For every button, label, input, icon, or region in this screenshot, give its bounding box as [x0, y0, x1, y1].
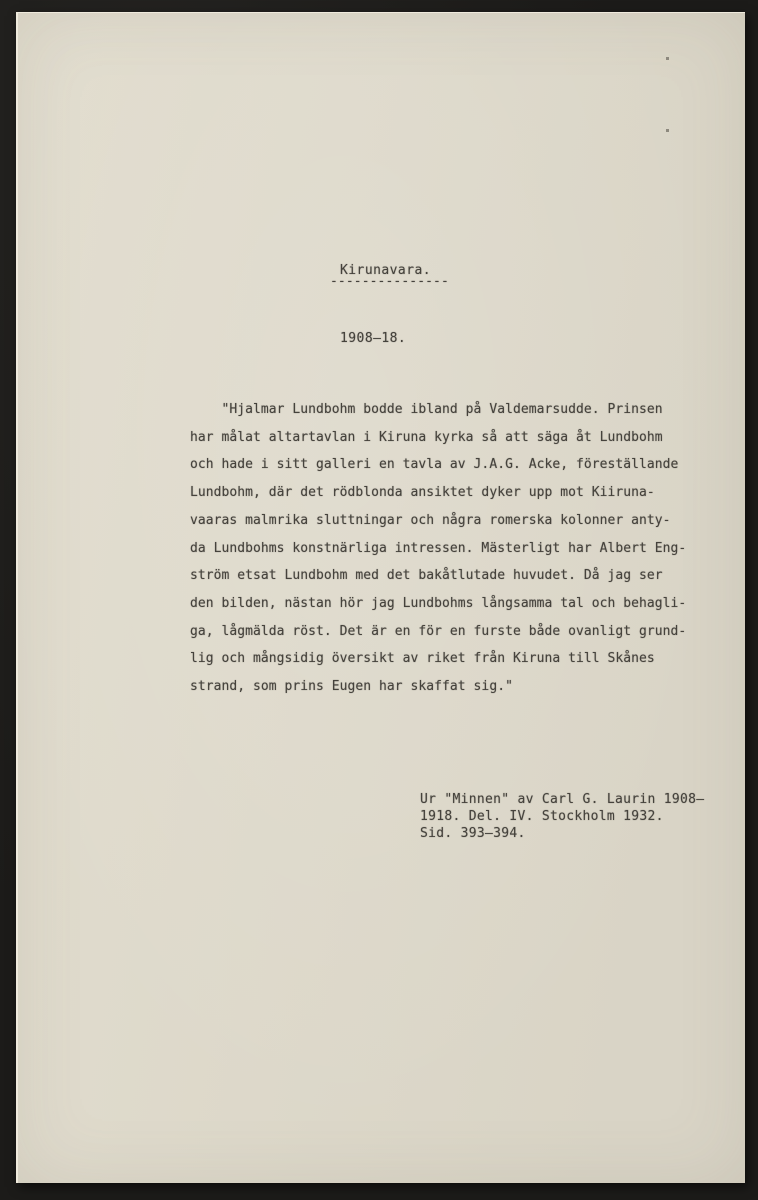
paper-speck [666, 129, 669, 132]
scan-background: Kirunavara. --------------- 1908–18. "Hj… [0, 0, 758, 1200]
document-page: Kirunavara. --------------- 1908–18. "Hj… [16, 12, 745, 1183]
paper-speck [666, 57, 669, 60]
date-heading: 1908–18. [340, 332, 406, 346]
title-underline: --------------- [330, 275, 449, 289]
quote-paragraph: "Hjalmar Lundbohm bodde ibland på Valdem… [190, 396, 686, 701]
citation-reference: Ur "Minnen" av Carl G. Laurin 1908– 1918… [420, 791, 704, 842]
